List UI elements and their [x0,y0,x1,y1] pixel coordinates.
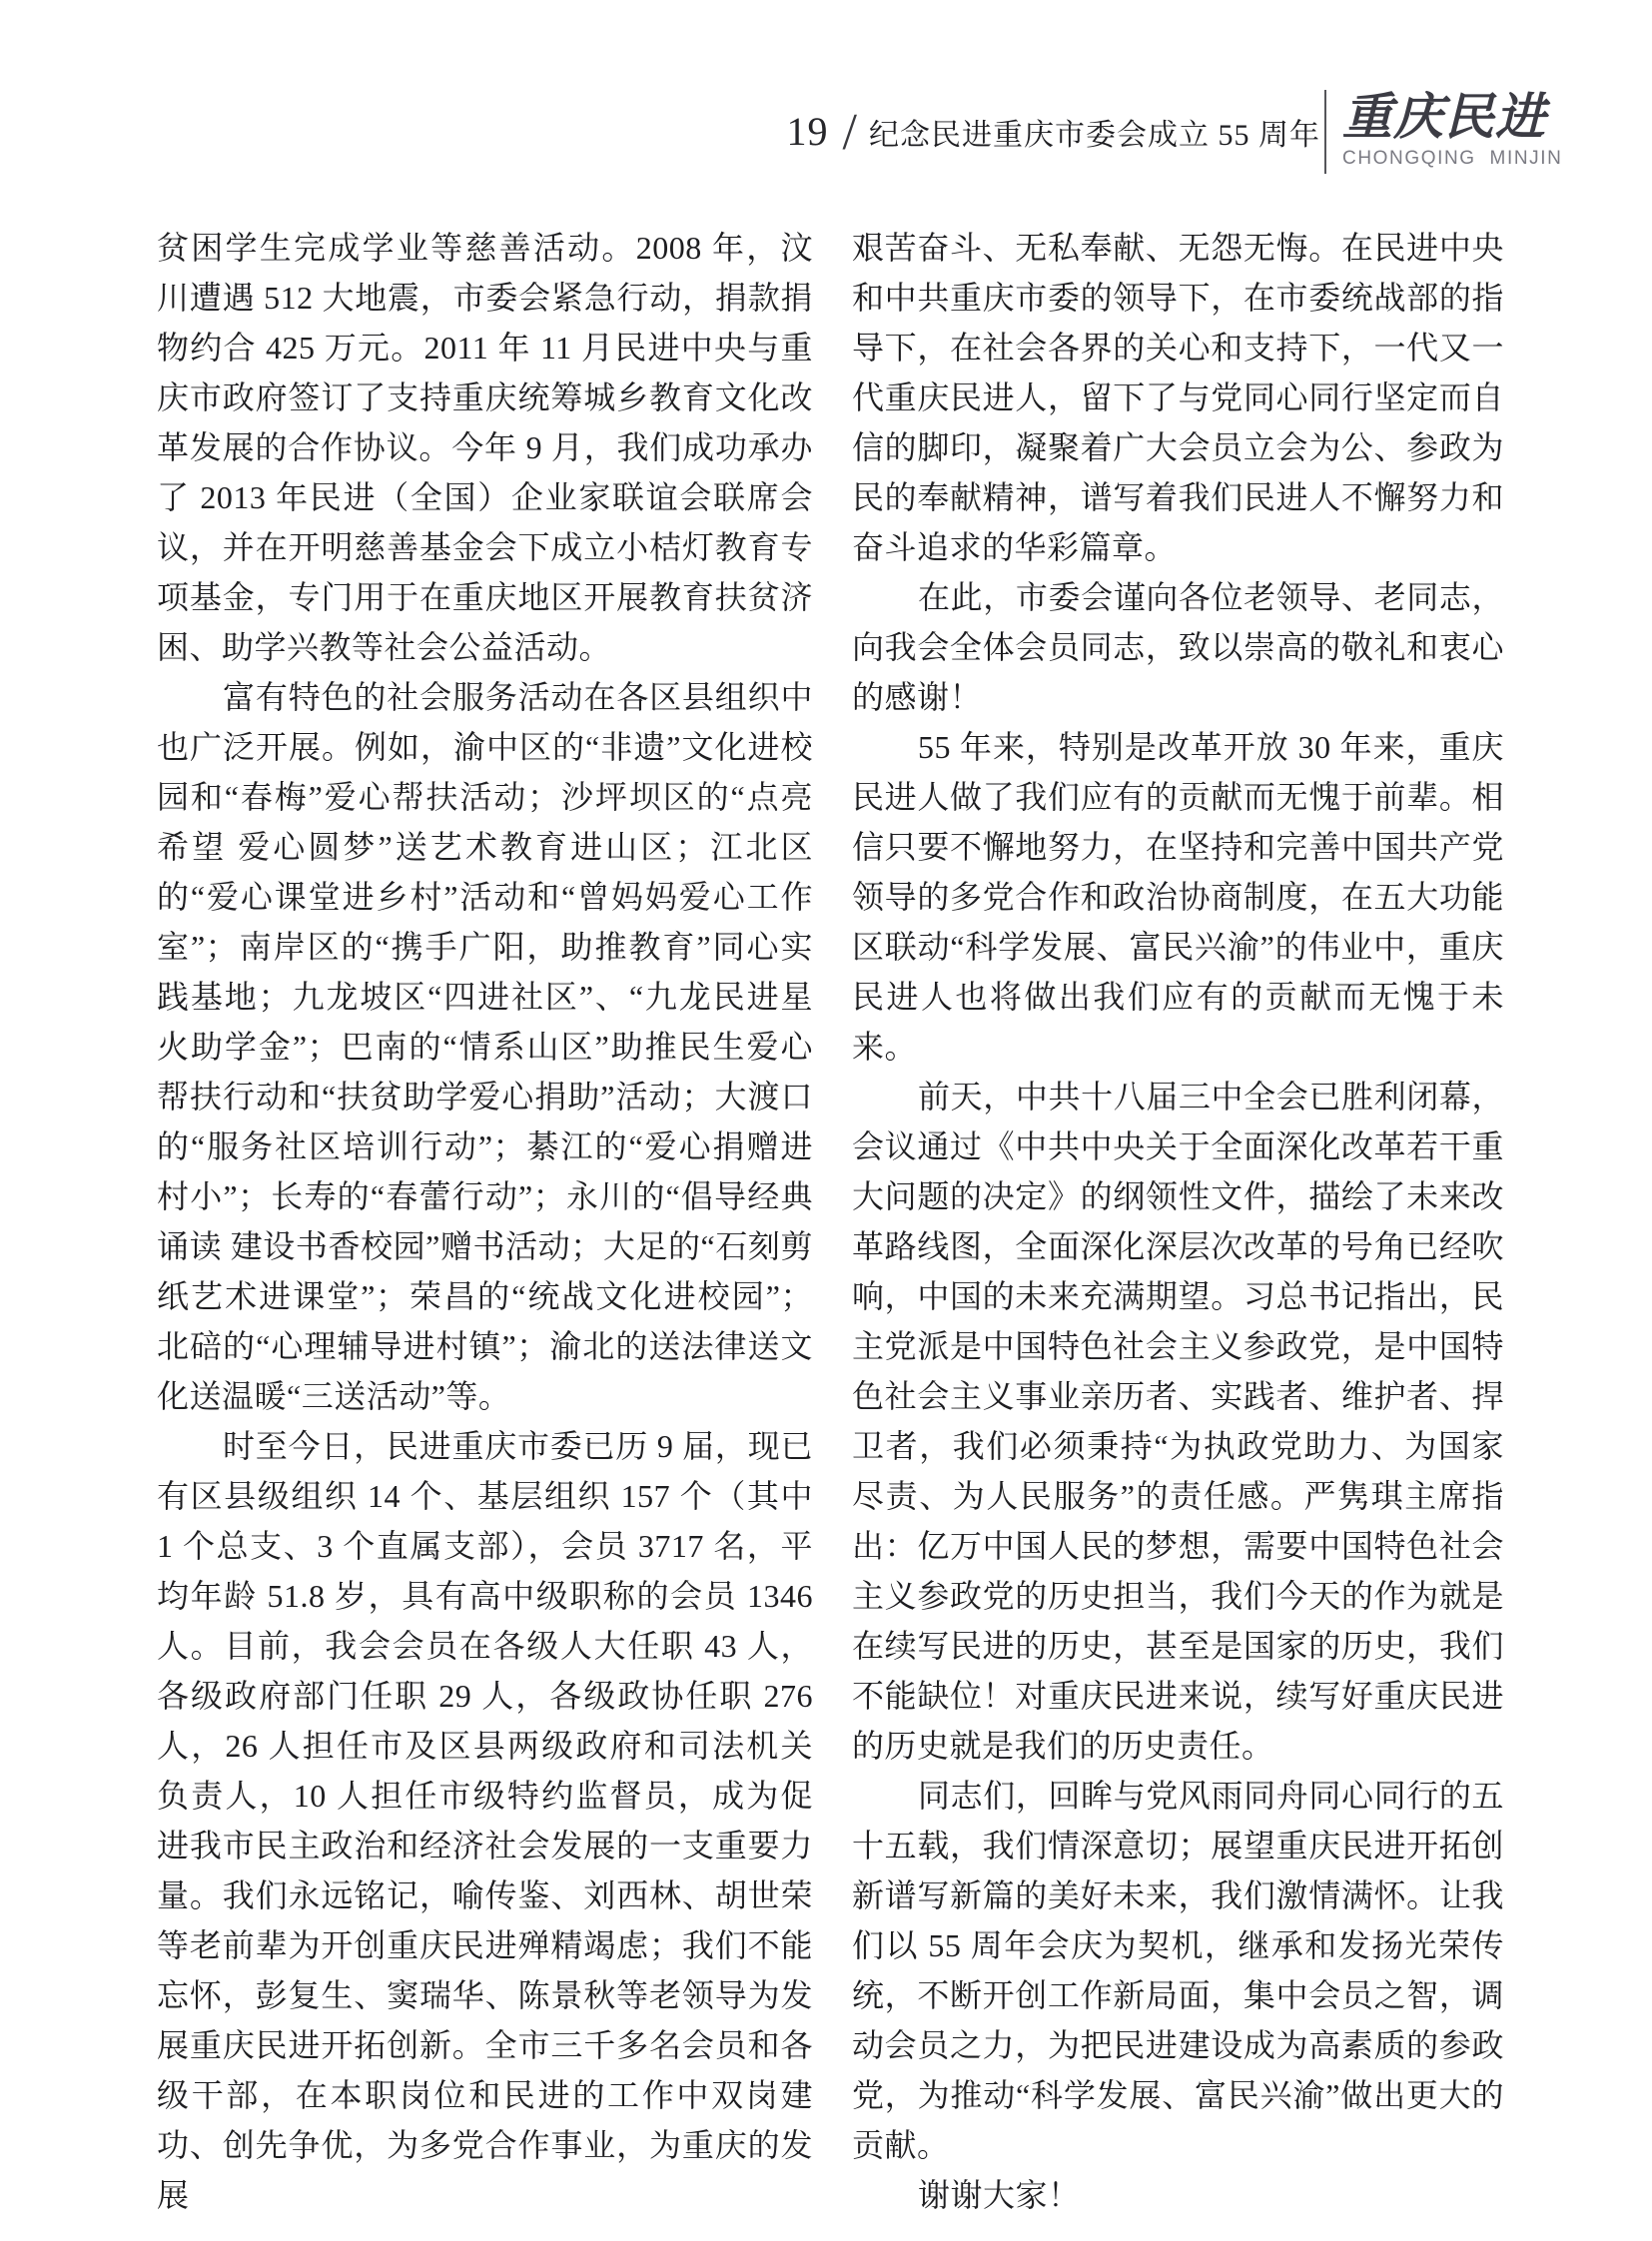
paragraph-continuation: 贫困学生完成学业等慈善活动。2008 年，汶川遭遇 512 大地震，市委会紧急行… [157,223,813,672]
paragraph: 前天，中共十八届三中全会已胜利闭幕，会议通过《中共中央关于全面深化改革若干重大问… [852,1072,1504,1771]
brand-logo-calligraphy: 重庆民进 [1342,88,1562,146]
page-number: 19 [787,112,829,152]
paragraph-closing: 谢谢大家！ [852,2170,1504,2220]
brand-logo-subtitle: CHONGQING MINJIN [1342,149,1562,169]
paragraph: 时至今日，民进重庆市委已历 9 届，现已有区县级组织 14 个、基层组织 157… [157,1421,813,2220]
left-text-column: 贫困学生完成学业等慈善活动。2008 年，汶川遭遇 512 大地震，市委会紧急行… [157,223,813,2220]
header-separator-slash: / [843,107,857,159]
paragraph-continuation: 艰苦奋斗、无私奉献、无怨无悔。在民进中央和中共重庆市委的领导下，在市委统战部的指… [852,223,1504,572]
paragraph: 富有特色的社会服务活动在各区县组织中也广泛开展。例如，渝中区的“非遗”文化进校园… [157,672,813,1421]
header-running-title: 19 / 纪念民进重庆市委会成立 55 周年 [787,103,1320,155]
paragraph: 55 年来，特别是改革开放 30 年来，重庆民进人做了我们应有的贡献而无愧于前辈… [852,722,1504,1072]
paragraph: 同志们，回眸与党风雨同舟同心同行的五十五载，我们情深意切；展望重庆民进开拓创新谱… [852,1771,1504,2170]
header-divider-line [1324,90,1326,174]
paragraph: 在此，市委会谨向各位老领导、老同志，向我会全体会员同志，致以崇高的敬礼和衷心的感… [852,572,1504,722]
magazine-page: 19 / 纪念民进重庆市委会成立 55 周年 重庆民进 CHONGQING MI… [0,0,1652,2241]
right-text-column: 艰苦奋斗、无私奉献、无怨无悔。在民进中央和中共重庆市委的领导下，在市委统战部的指… [852,223,1504,2220]
brand-logo: 重庆民进 CHONGQING MINJIN [1342,88,1562,169]
header-title: 纪念民进重庆市委会成立 55 周年 [869,121,1320,151]
